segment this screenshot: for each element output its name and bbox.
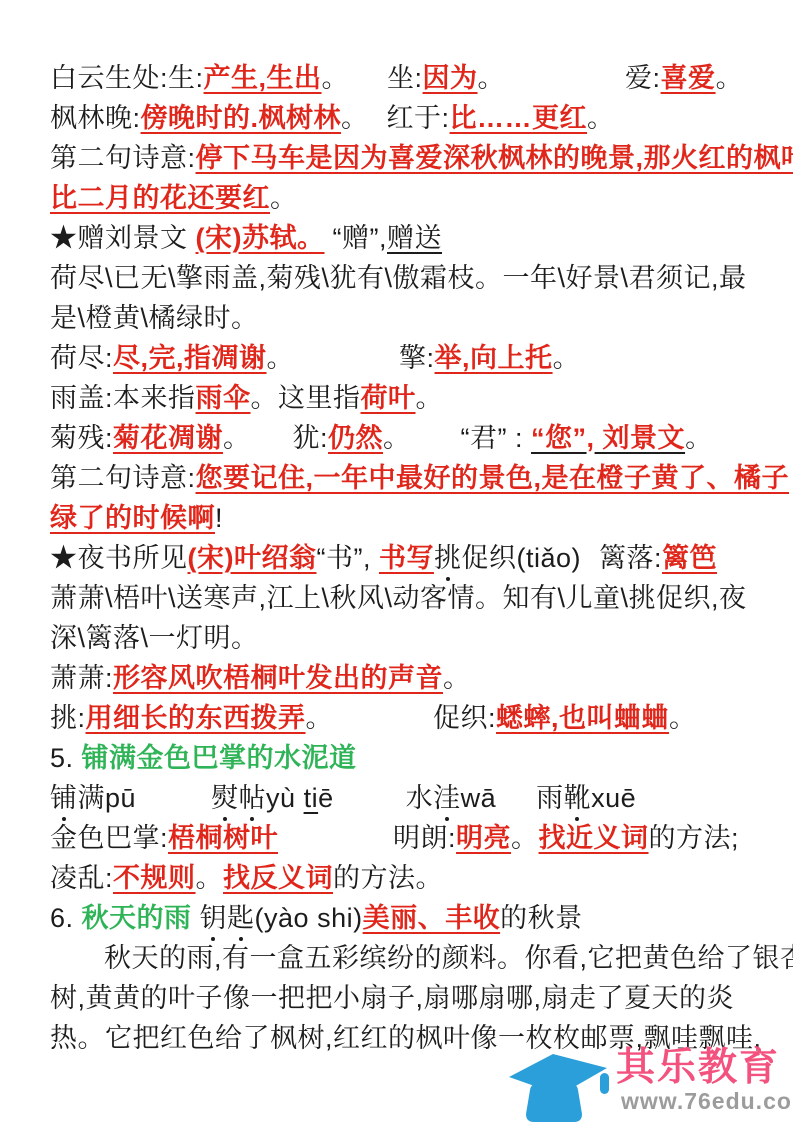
text-segment: 。: [196, 863, 224, 893]
text-line: 是\橙黄\橘绿时。: [50, 298, 770, 338]
text-segment: 坐:: [387, 63, 423, 93]
text-segment: 的秋景: [500, 903, 583, 933]
text-segment: 仍然: [328, 423, 383, 453]
text-segment: 满pū: [78, 783, 137, 813]
dotted-char: 匙: [227, 898, 255, 938]
text-segment: 金色巴掌:: [50, 823, 168, 853]
text-segment: 秋天的雨: [82, 903, 192, 933]
text-segment: 比二月的花还要红: [50, 183, 270, 213]
text-segment: 。: [478, 63, 506, 93]
text-segment: 靴: [564, 783, 592, 813]
text-line: 铺满pū熨帖yù tiē水洼wā雨靴xuē: [50, 778, 770, 818]
text-segment: 明亮: [456, 823, 511, 853]
text-segment: 。: [511, 823, 539, 853]
text-segment: 洼: [433, 783, 461, 813]
text-segment: 白云生处:生:: [50, 63, 204, 93]
spacer: [333, 726, 433, 727]
cap-tassel: [600, 1073, 609, 1094]
spacer: [496, 806, 536, 807]
text-segment: ti: [304, 783, 319, 813]
text-line: 雨盖:本来指雨伞。这里指荷叶。: [50, 378, 770, 418]
text-segment: ★夜书所见: [50, 543, 188, 573]
text-segment: 找近义词: [539, 823, 649, 853]
text-segment: 美丽、丰收: [363, 903, 501, 933]
text-segment: 。: [322, 63, 350, 93]
text-segment: (yào shi): [255, 903, 363, 933]
text-line: 第二句诗意:停下马车是因为喜爱深秋枫林的晚景,那火红的枫叶: [50, 138, 770, 178]
document-page: 白云生处:生:产生,生出。坐:因为。爱:喜爱。枫林晚:傍晚时的.枫树林。红于:比…: [0, 0, 793, 1122]
text-segment: 树,黄黄的叶子像一把把小扇子,扇哪扇哪,扇走了夏天的炎: [50, 983, 734, 1013]
text-segment: 因为: [423, 63, 478, 93]
spacer: [505, 86, 625, 87]
text-segment: 书写: [379, 543, 434, 573]
text-line: 秋天的雨,有一盒五彩缤纷的颜料。你看,它把黄色给了银杏: [50, 938, 770, 978]
text-segment: 5.: [50, 743, 82, 773]
text-segment: 萧萧:: [50, 663, 113, 693]
dotted-char: 钥: [200, 898, 228, 938]
text-line: 枫林晚:傍晚时的.枫树林。红于:比……更红。: [50, 98, 770, 138]
text-segment: 不规则: [113, 863, 196, 893]
text-segment: (宋)苏轼。: [196, 223, 325, 253]
text-segment: 红于:: [387, 103, 450, 133]
text-segment: yù: [266, 783, 304, 813]
text-segment: 。: [270, 183, 298, 213]
spacer: [251, 446, 293, 447]
text-segment: 比……更红: [450, 103, 588, 133]
text-segment: wā: [461, 783, 497, 813]
spacer: [334, 806, 406, 807]
document-body: 白云生处:生:产生,生出。坐:因为。爱:喜爱。枫林晚:傍晚时的.枫树林。红于:比…: [50, 58, 770, 1058]
text-segment: 水: [406, 783, 434, 813]
text-segment: 。: [685, 423, 713, 453]
text-segment: 举,向上托: [435, 343, 553, 373]
text-segment: 绿了的时候啊: [50, 503, 215, 533]
text-segment: 促织:: [433, 703, 496, 733]
text-segment: 枫林晚:: [50, 103, 141, 133]
text-segment: 挑: [434, 543, 462, 573]
text-line: 绿了的时候啊!: [50, 498, 770, 538]
text-segment: 篱落:: [599, 543, 662, 573]
dotted-char: 靴: [564, 778, 592, 818]
text-segment: 荷叶: [361, 383, 416, 413]
spacer: [294, 366, 399, 367]
text-segment: 菊残:: [50, 423, 113, 453]
text-segment: 傍晚时的.枫树林: [141, 103, 342, 133]
text-segment: “您”: [531, 423, 587, 453]
text-line: 萧萧:形容风吹梧桐叶发出的声音。: [50, 658, 770, 698]
text-segment: 雨盖:本来指: [50, 383, 196, 413]
dotted-char: 熨: [211, 778, 239, 818]
text-segment: 梧桐树叶: [168, 823, 278, 853]
text-segment: 刘景文: [595, 423, 686, 453]
spacer: [411, 446, 461, 447]
text-line: ★赠刘景文 (宋)苏轼。 “赠”,赠送: [50, 218, 770, 258]
text-line: 深\篱落\一灯明。: [50, 618, 770, 658]
text-segment: 爱:: [625, 63, 661, 93]
text-segment: xuē: [591, 783, 636, 813]
text-segment: 喜爱: [661, 63, 716, 93]
spacer: [278, 846, 393, 847]
spacer: [50, 966, 104, 967]
text-segment: 。: [716, 63, 744, 93]
dotted-char: 铺: [50, 778, 78, 818]
text-segment: [192, 903, 200, 933]
text-line: 菊残:菊花凋谢。犹:仍然。“君” : “您”, 刘景文。: [50, 418, 770, 458]
text-segment: 形容风吹梧桐叶发出的声音: [113, 663, 443, 693]
text-segment: ★赠刘景文: [50, 223, 196, 253]
text-segment: “君” :: [461, 423, 532, 453]
text-segment: 篱笆: [662, 543, 717, 573]
text-segment: 铺满金色巴掌的水泥道: [82, 743, 357, 773]
text-segment: 的方法;: [649, 823, 740, 853]
spacer: [581, 566, 599, 567]
text-segment: 凌乱:: [50, 863, 113, 893]
text-segment: 深\篱落\一灯明。: [50, 623, 259, 653]
text-segment: 明朗:: [393, 823, 456, 853]
text-segment: 熨帖: [211, 783, 266, 813]
text-line: 金色巴掌:梧桐树叶明朗:明亮。找近义词的方法;: [50, 818, 770, 858]
text-segment: 尽,完,指凋谢: [113, 343, 267, 373]
spacer: [349, 86, 387, 87]
text-segment: 。: [383, 423, 411, 453]
text-segment: 犹:: [293, 423, 329, 453]
text-segment: 。: [553, 343, 581, 373]
text-line: 白云生处:生:产生,生出。坐:因为。爱:喜爱。: [50, 58, 770, 98]
text-segment: 是\橙黄\橘绿时。: [50, 303, 259, 333]
text-line: 6. 秋天的雨 钥匙(yào shi)美丽、丰收的秋景: [50, 898, 770, 938]
text-segment: 挑:: [50, 703, 86, 733]
text-segment: 。: [306, 703, 334, 733]
text-segment: 。: [341, 103, 369, 133]
text-segment: ē: [318, 783, 334, 813]
spacer: [369, 126, 387, 127]
text-segment: 。: [223, 423, 251, 453]
text-segment: 找反义词: [223, 863, 333, 893]
text-segment: 荷尽:: [50, 343, 113, 373]
text-segment: 钥匙: [200, 903, 255, 933]
text-line: 树,黄黄的叶子像一把把小扇子,扇哪扇哪,扇走了夏天的炎: [50, 978, 770, 1018]
text-segment: 。: [267, 343, 295, 373]
text-segment: 菊花凋谢: [113, 423, 223, 453]
text-segment: 铺: [50, 783, 78, 813]
text-segment: (宋)叶绍翁: [188, 543, 317, 573]
text-segment: 。这里指: [251, 383, 361, 413]
spacer: [136, 806, 211, 807]
text-segment: 。: [669, 703, 697, 733]
text-segment: 第二句诗意:: [50, 143, 196, 173]
text-segment: 荷尽\已无\擎雨盖,菊残\犹有\傲霜枝。一年\好景\君须记,最: [50, 263, 747, 293]
text-line: 凌乱:不规则。找反义词的方法。: [50, 858, 770, 898]
text-segment: ,: [587, 423, 595, 453]
logo-brand-text: 其乐教育: [616, 1046, 780, 1090]
text-segment: 6.: [50, 903, 82, 933]
cap-board: [509, 1054, 607, 1095]
text-segment: 擎:: [399, 343, 435, 373]
text-segment: 秋天的雨,有一盒五彩缤纷的颜料。你看,它把黄色给了银杏: [104, 943, 793, 973]
text-segment: !: [215, 503, 223, 533]
text-line: 荷尽:尽,完,指凋谢。擎:举,向上托。: [50, 338, 770, 378]
text-segment: 您要记住,一年中最好的景色,是在橙子黄了、橘子: [196, 463, 790, 493]
graduation-cap-icon: [503, 1048, 615, 1122]
text-segment: 的方法。: [333, 863, 443, 893]
text-segment: 产生,生出: [204, 63, 322, 93]
text-segment: 第二句诗意:: [50, 463, 196, 493]
text-line: 5. 铺满金色巴掌的水泥道: [50, 738, 770, 778]
text-segment: “赠”,: [325, 223, 388, 253]
text-line: ★夜书所见(宋)叶绍翁“书”, 书写挑促织(tiǎo)篱落:篱笆: [50, 538, 770, 578]
text-line: 挑:用细长的东西拨弄。促织:蟋蟀,也叫蛐蛐。: [50, 698, 770, 738]
text-segment: 。: [587, 103, 615, 133]
text-segment: 雨: [536, 783, 564, 813]
text-segment: 赠送: [387, 223, 442, 253]
text-line: 第二句诗意:您要记住,一年中最好的景色,是在橙子黄了、橘子: [50, 458, 770, 498]
text-segment: 蟋蟀,也叫蛐蛐: [496, 703, 669, 733]
text-segment: 。: [416, 383, 444, 413]
text-line: 比二月的花还要红。: [50, 178, 770, 218]
dotted-char: 挑: [434, 538, 462, 578]
text-segment: 停下马车是因为喜爱深秋枫林的晚景,那火红的枫叶: [196, 143, 793, 173]
text-line: 萧萧\梧叶\送寒声,江上\秋风\动客情。知有\儿童\挑促织,夜: [50, 578, 770, 618]
text-line: 荷尽\已无\擎雨盖,菊残\犹有\傲霜枝。一年\好景\君须记,最: [50, 258, 770, 298]
text-segment: 雨伞: [196, 383, 251, 413]
text-segment: 用细长的东西拨弄: [86, 703, 306, 733]
dotted-char: 帖: [239, 778, 267, 818]
text-segment: 。: [443, 663, 471, 693]
logo-url-text: www.76edu.com: [621, 1088, 793, 1114]
text-segment: 促织(tiǎo): [461, 543, 581, 573]
text-segment: 萧萧\梧叶\送寒声,江上\秋风\动客情。知有\儿童\挑促织,夜: [50, 583, 747, 613]
dotted-char: 洼: [433, 778, 461, 818]
text-segment: “书”,: [316, 543, 379, 573]
